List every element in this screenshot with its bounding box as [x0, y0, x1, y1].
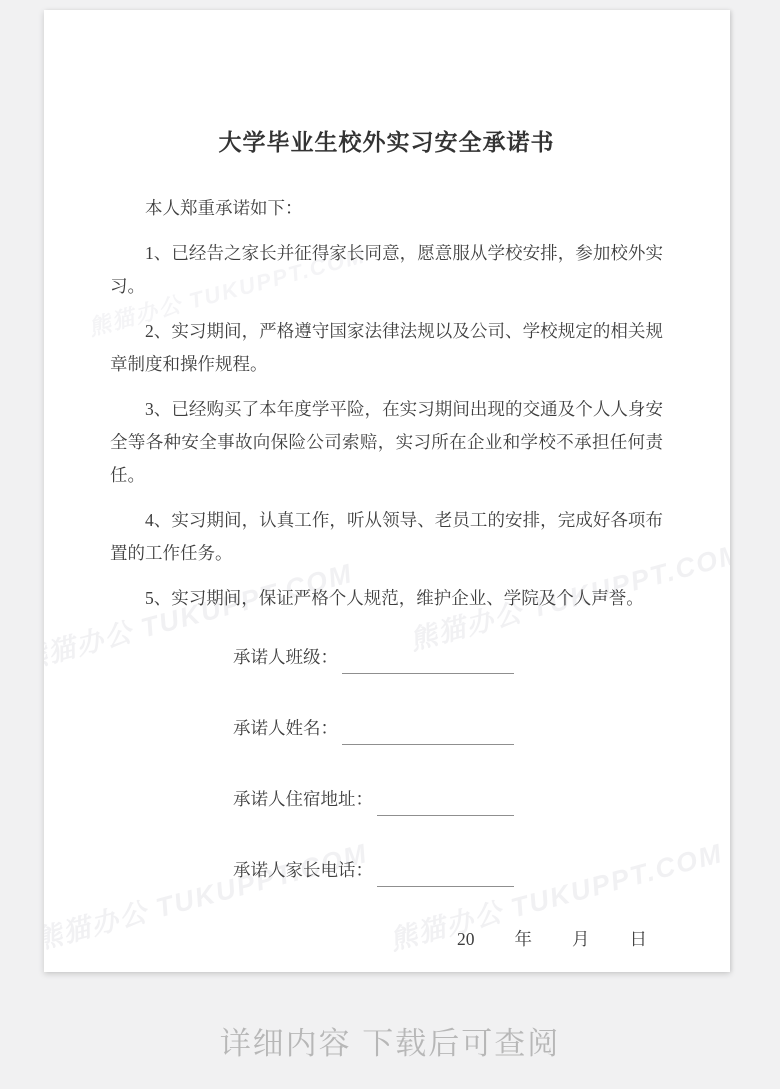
date-line: 20 年 月 日 — [110, 923, 663, 956]
footer-caption: 详细内容 下载后可查阅 — [0, 1022, 780, 1066]
date-month-unit: 月 — [572, 923, 590, 956]
field-row-address: 承诺人住宿地址： — [233, 783, 514, 816]
date-year-unit: 年 — [515, 923, 533, 956]
document-content: 大学毕业生校外实习安全承诺书 本人郑重承诺如下： 1、已经告之家长并征得家长同意… — [44, 10, 730, 956]
fill-in-fields: 承诺人班级： 承诺人姓名： 承诺人住宿地址： 承诺人家长电话： — [110, 641, 663, 887]
field-blank-line-class — [342, 647, 514, 674]
field-label-name: 承诺人姓名： — [233, 712, 338, 745]
intro-text: 本人郑重承诺如下： — [110, 192, 663, 225]
field-row-parent-phone: 承诺人家长电话： — [233, 854, 514, 887]
clause-paragraph-2: 2、实习期间，严格遵守国家法律法规以及公司、学校规定的相关规章制度和操作规程。 — [110, 315, 663, 381]
preview-canvas: 熊猫办公 TUKUPPT.COM 熊猫办公 TUKUPPT.COM 熊猫办公 T… — [0, 0, 780, 1089]
field-label-class: 承诺人班级： — [233, 641, 338, 674]
clause-paragraph-3: 3、已经购买了本年度学平险，在实习期间出现的交通及个人人身安全等各种安全事故向保… — [110, 393, 663, 492]
document-title: 大学毕业生校外实习安全承诺书 — [110, 128, 663, 158]
clause-paragraph-5: 5、实习期间，保证严格个人规范，维护企业、学院及个人声誉。 — [110, 582, 663, 615]
date-year-prefix: 20 — [457, 923, 475, 956]
document-page: 熊猫办公 TUKUPPT.COM 熊猫办公 TUKUPPT.COM 熊猫办公 T… — [44, 10, 730, 972]
clause-paragraph-4: 4、实习期间，认真工作，听从领导、老员工的安排，完成好各项布置的工作任务。 — [110, 504, 663, 570]
field-row-name: 承诺人姓名： — [233, 712, 514, 745]
field-label-address: 承诺人住宿地址： — [233, 783, 373, 816]
field-blank-line-address — [377, 789, 514, 816]
field-blank-line-name — [342, 718, 514, 745]
clause-paragraph-1: 1、已经告之家长并征得家长同意，愿意服从学校安排，参加校外实习。 — [110, 237, 663, 303]
field-label-parent-phone: 承诺人家长电话： — [233, 854, 373, 887]
date-day-unit: 日 — [630, 923, 648, 956]
field-blank-line-parent-phone — [377, 860, 514, 887]
field-row-class: 承诺人班级： — [233, 641, 514, 674]
